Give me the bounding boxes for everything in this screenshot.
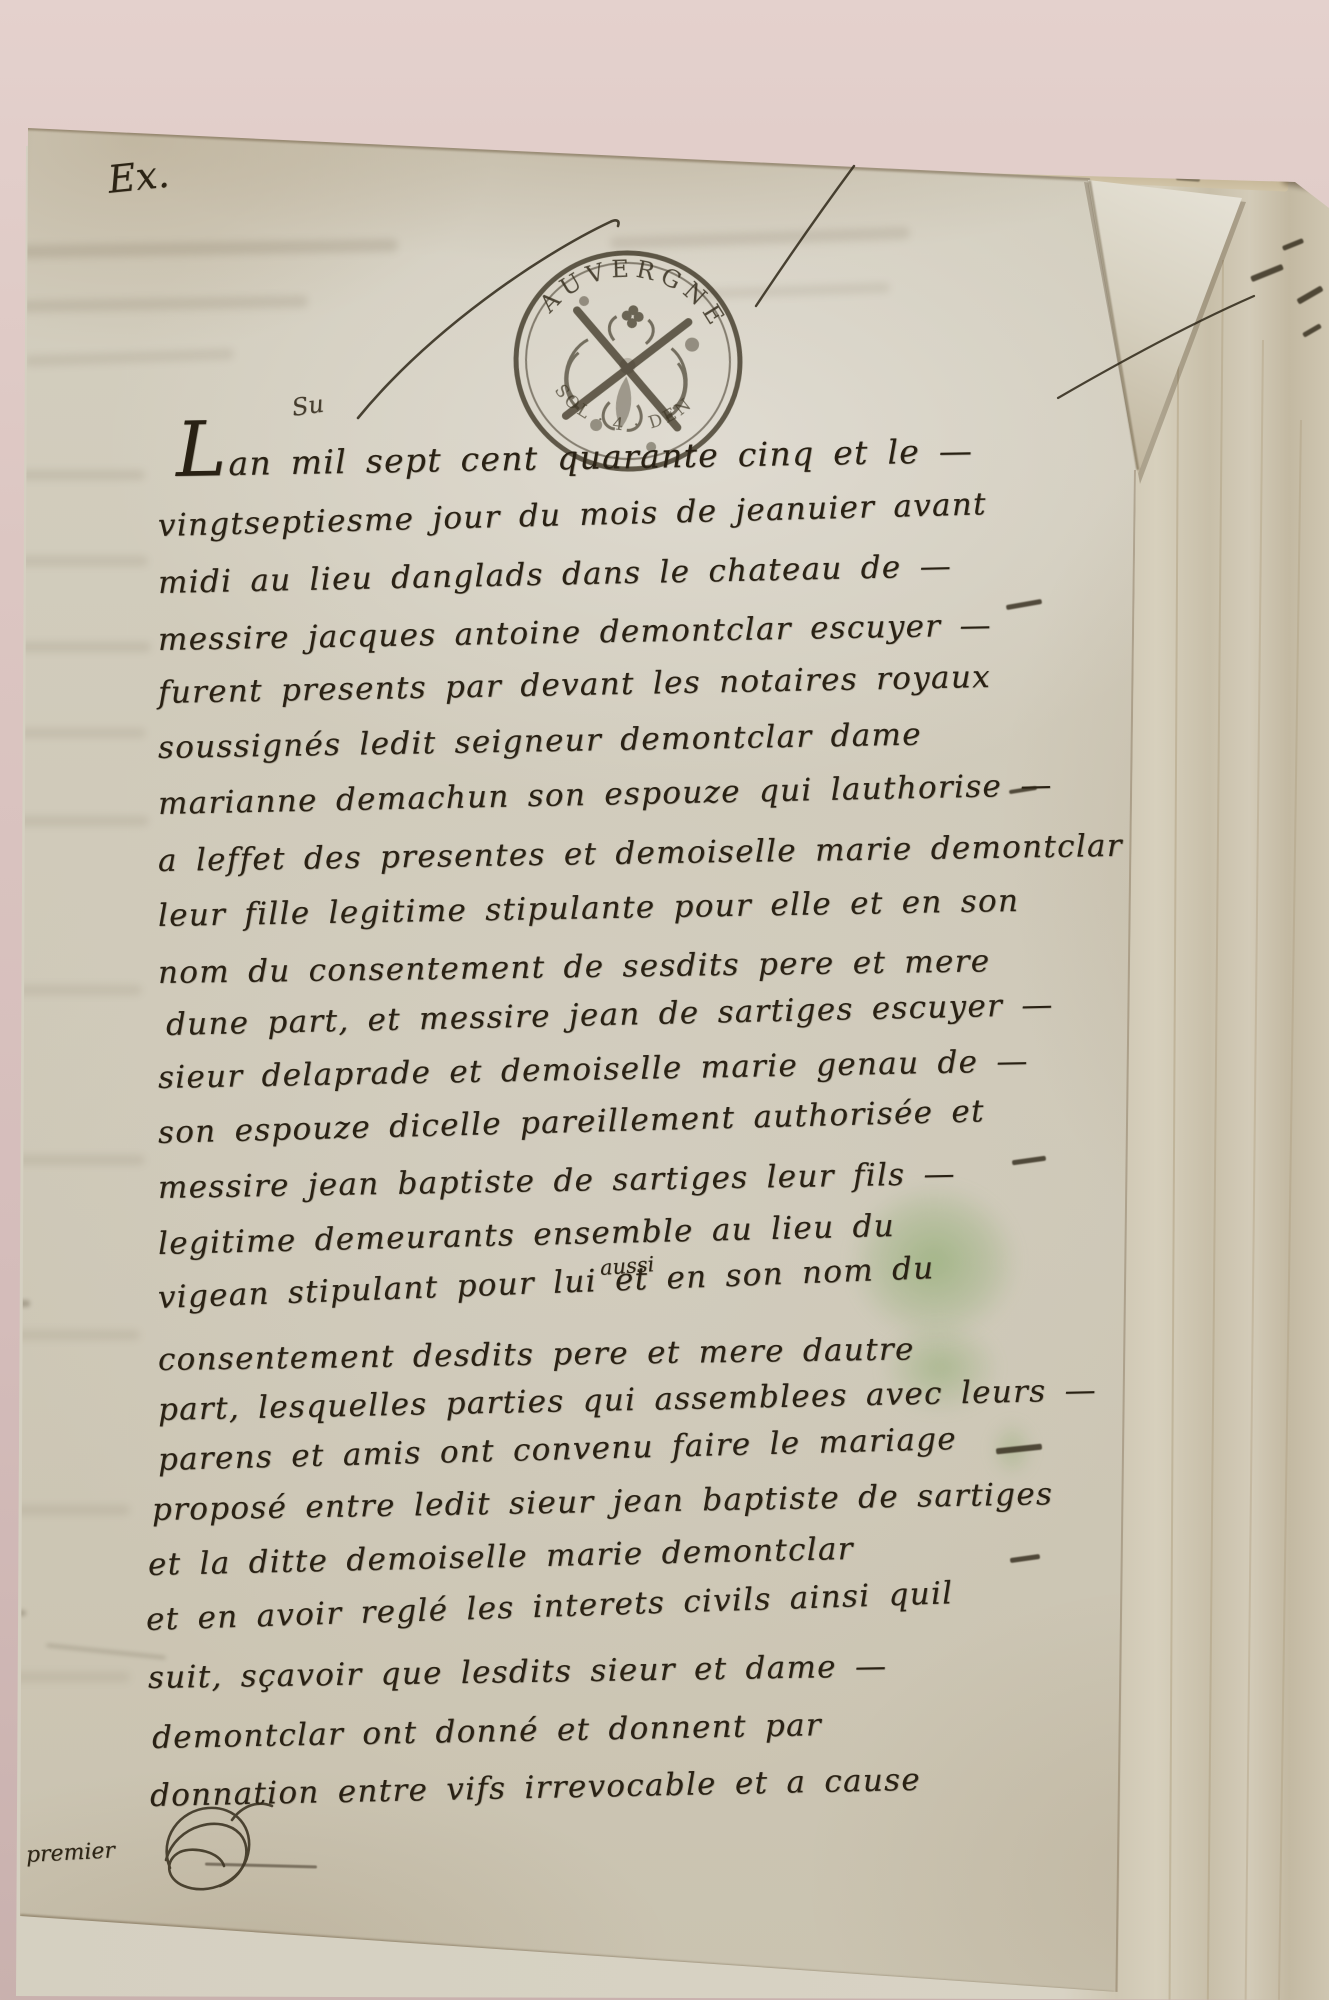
manuscript-line: soussignés ledit seigneur demontclar dam… (158, 717, 922, 766)
stamp-quatrefoil (621, 304, 645, 329)
stack-corner-notch (1281, 158, 1329, 191)
show-through-mark (6, 642, 151, 652)
interline-insertion: aussi (599, 1252, 655, 1280)
paper-crease (46, 1644, 166, 1660)
manuscript-line: midi au lieu danglads dans le chateau de… (158, 548, 953, 601)
edge-ink-dash (1296, 285, 1323, 304)
manuscript-photo: Ex. Su AUVERGNE SOL · 4 · DEN (0, 0, 1329, 2000)
manuscript-line: consentement desdits pere et mere dautre (158, 1331, 915, 1378)
manuscript-line: a leffet des presentes et demoiselle mar… (158, 828, 1123, 879)
manuscript-line: parens et amis ont convenu faire le mari… (158, 1421, 958, 1478)
show-through-mark (24, 348, 234, 366)
manuscript-line: et en avoir reglé les interets civils ai… (145, 1575, 953, 1638)
show-through-mark (610, 227, 910, 249)
manuscript-line: messire jean baptiste de sartiges leur f… (158, 1156, 956, 1206)
exhibit-mark: Ex. (106, 152, 172, 202)
manuscript-line: furent presents par devant les notaires … (158, 659, 991, 711)
manuscript-line: vigean stipulant pour lui et en son nom … (157, 1250, 935, 1316)
show-through-mark (8, 556, 148, 566)
manuscript-line: proposé entre ledit sieur jean baptiste … (152, 1476, 1054, 1528)
manuscript-line: dune part, et messire jean de sartiges e… (166, 987, 1054, 1043)
sheet-edge-line (1207, 260, 1224, 2000)
sheet-edge-line (1169, 196, 1180, 2000)
top-edge-ink-mark (760, 151, 790, 156)
manuscript-line: suit, sçavoir que lesdits sieur et dame … (148, 1648, 888, 1696)
manuscript-line: sieur delaprade et demoiselle marie gena… (158, 1043, 1029, 1096)
show-through-mark (18, 239, 398, 259)
line-end-ink-dash (1010, 1554, 1040, 1563)
manuscript-line: demontclar ont donné et donnent par (152, 1707, 823, 1756)
page-word: premier (25, 1838, 115, 1868)
line-end-ink-dash (1012, 1156, 1046, 1166)
top-edge-ink-mark (470, 139, 510, 144)
show-through-mark (8, 295, 308, 312)
manuscript-line: marianne demachun son espouze qui lautho… (158, 767, 1053, 822)
sheet-edge-line (1245, 340, 1264, 2000)
notary-paraph (136, 1794, 286, 1914)
line-end-ink-dash (1006, 599, 1042, 610)
manuscript-line: vingtseptiesme jour du mois de jeanuier … (158, 486, 988, 544)
manuscript-line: Lan mil sept cent quarante cinq et le — (176, 431, 974, 484)
sheet-edge-line (1278, 420, 1302, 2000)
edge-ink-dash (1282, 238, 1304, 251)
edge-ink-dash (1302, 323, 1322, 337)
manuscript-line: messire jacques antoine demontclar escuy… (158, 607, 992, 658)
left-edge-ink-mark (0, 1300, 30, 1307)
manuscript-line: part, lesquelles parties qui assemblees … (158, 1372, 1098, 1428)
show-through-mark (10, 470, 145, 480)
manuscript-line: et la ditte demoiselle marie demontclar (148, 1531, 855, 1583)
manuscript-line: legitime demeurants ensemble au lieu du (158, 1208, 896, 1262)
manuscript-line: nom du consentement de sesdits pere et m… (158, 943, 991, 991)
edge-ink-dash (1250, 264, 1284, 282)
left-edge-ink-mark (0, 1610, 26, 1616)
top-edge-seam (26, 126, 1091, 181)
show-through-mark (6, 728, 146, 738)
show-through-mark (4, 816, 149, 826)
secretary-mark: Su (290, 390, 325, 422)
manuscript-line: leur fille legitime stipulante pour elle… (158, 883, 1020, 934)
manuscript-line: son espouze dicelle pareillement authori… (158, 1093, 986, 1151)
